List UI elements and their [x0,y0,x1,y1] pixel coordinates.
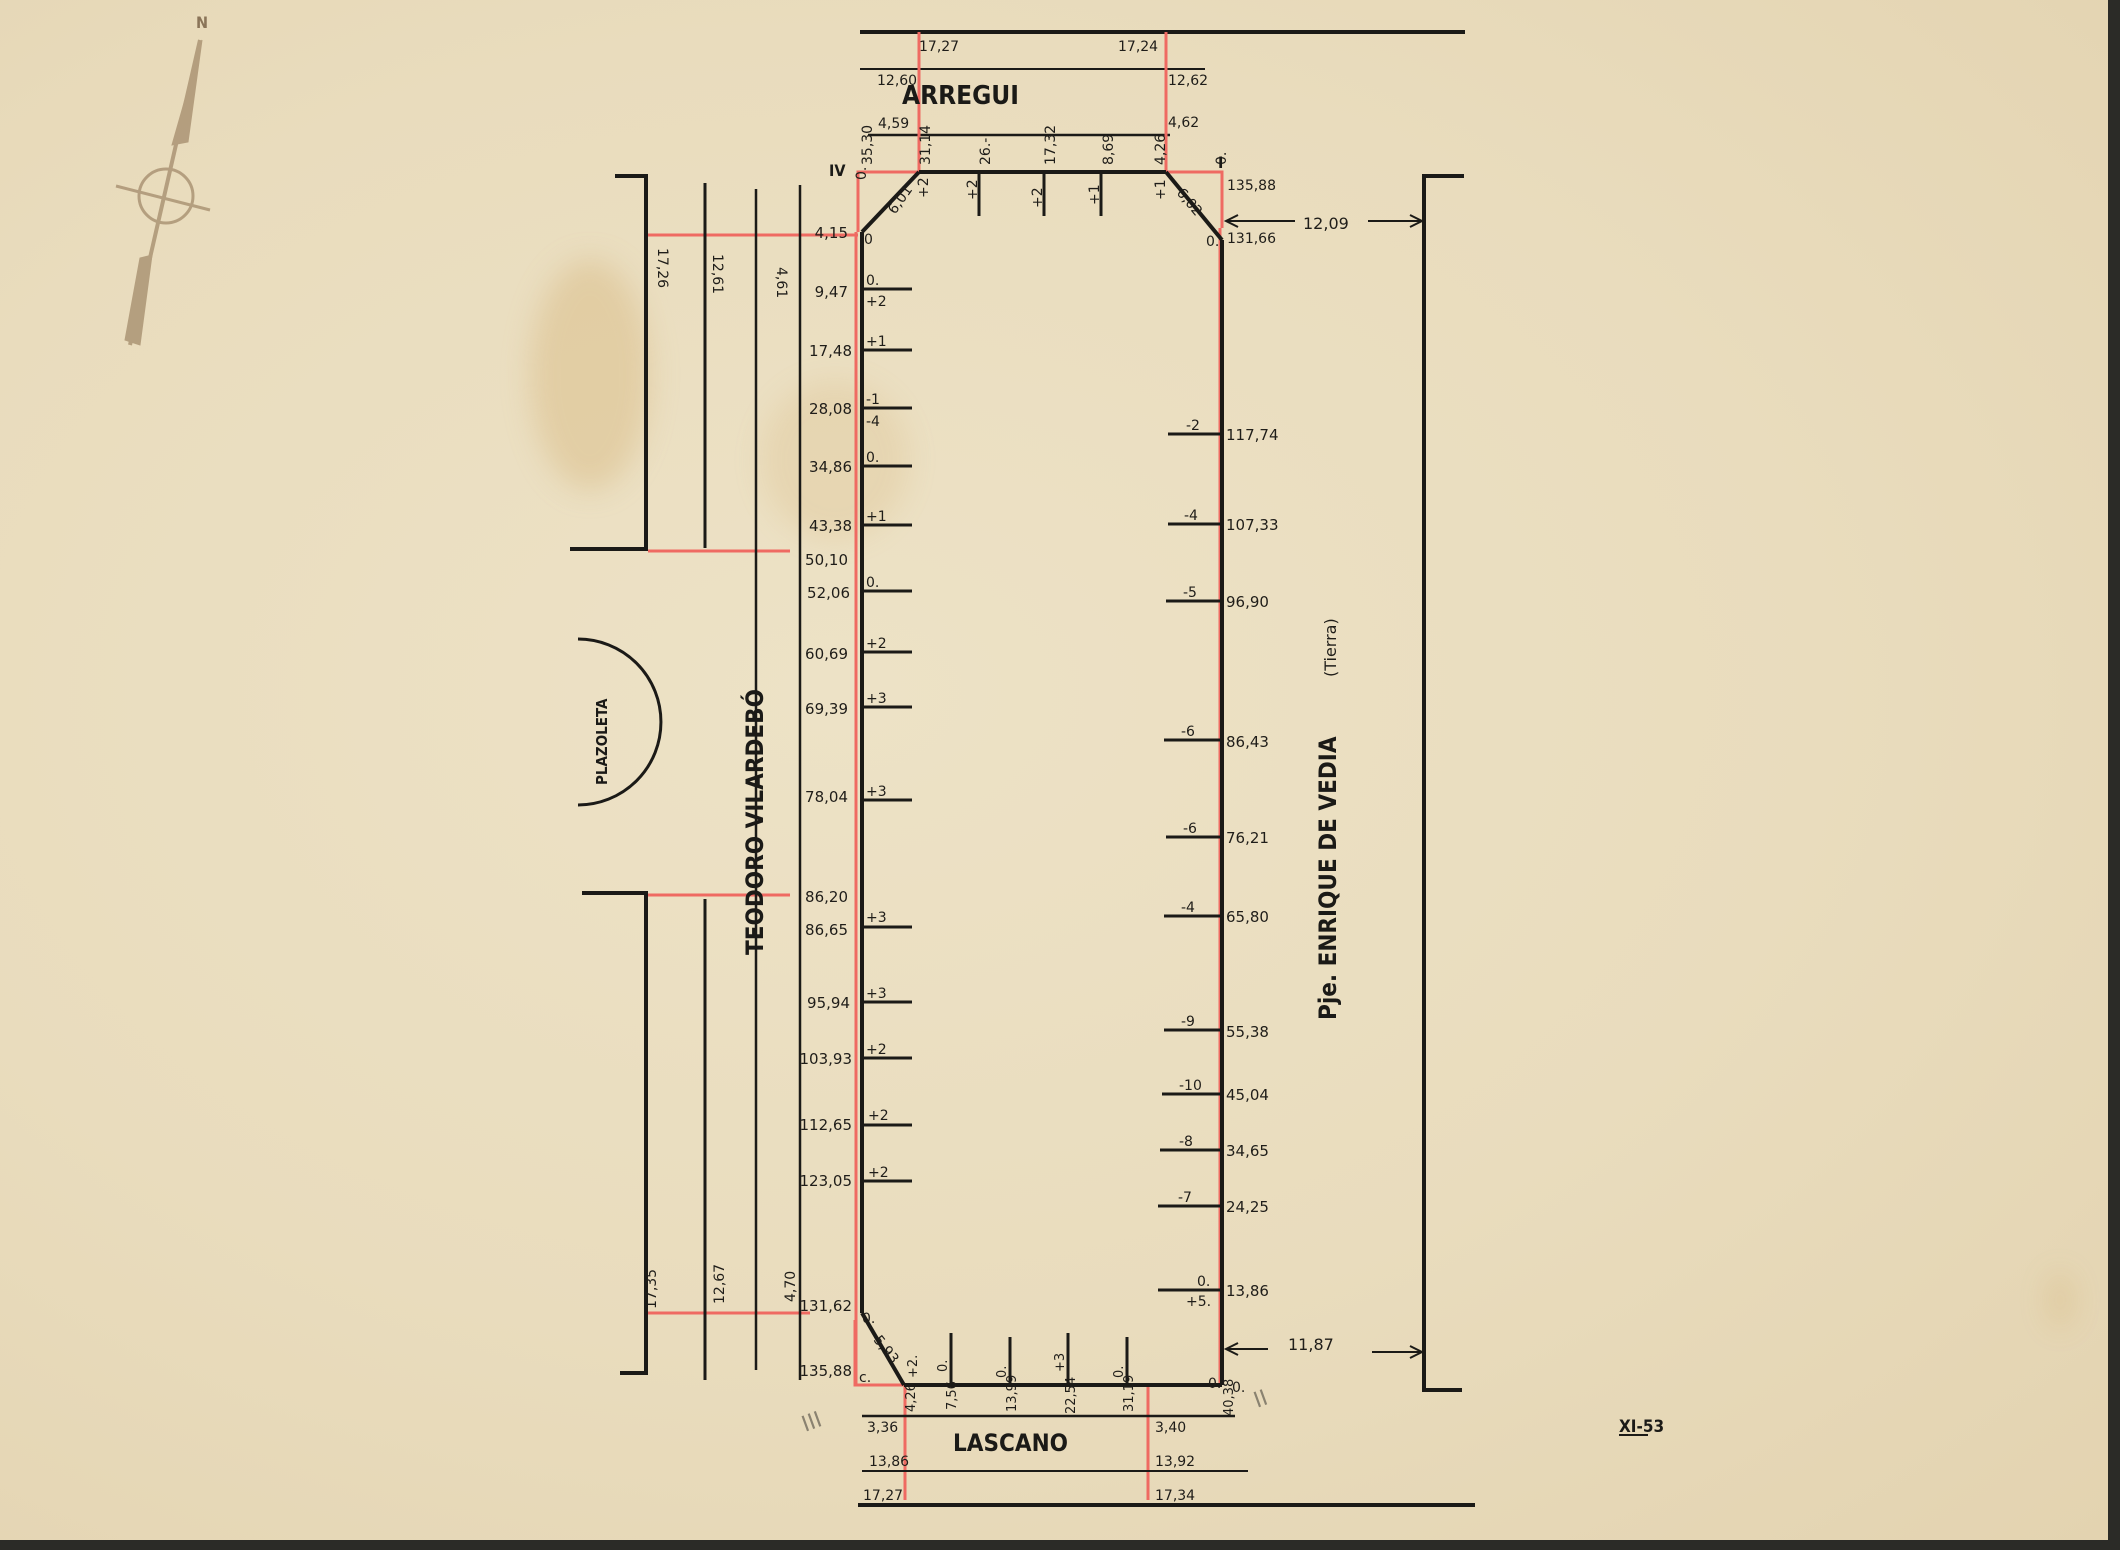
svg-text:-6: -6 [1181,724,1195,740]
street-surface-note: (Tierra) [1321,618,1340,677]
offset-top-right-3: 4,62 [1168,115,1199,131]
svg-text:31,19: 31,19 [1122,1375,1137,1412]
svg-text:+2: +2 [1030,187,1046,208]
svg-text:0.: 0. [1112,1366,1127,1378]
svg-text:0.: 0. [1208,1376,1221,1392]
svg-text:13,92: 13,92 [1155,1454,1195,1470]
svg-text:76,21: 76,21 [1226,829,1269,847]
bottom-chainage-ticks [951,1333,1127,1385]
svg-text:86,43: 86,43 [1226,733,1269,751]
offset-top-right-2: 12,62 [1168,73,1208,89]
plan-drawing: N ARREGUI 17,27 12,60 4,59 17,24 12,62 4… [0,0,2120,1550]
svg-text:0.: 0. [936,1360,951,1372]
svg-text:0.: 0. [1197,1274,1210,1290]
vilardebo-widths: 17,26 12,61 4,61 17,35 12,67 4,70 [644,248,799,1309]
svg-text:0.: 0. [862,1311,875,1327]
svg-text:96,90: 96,90 [1226,593,1269,611]
street-name-arregui: ARREGUI [902,81,1019,111]
svg-text:17,34: 17,34 [1155,1488,1195,1504]
right-station-distances: 117,74 107,33 96,90 86,43 76,21 65,80 55… [1226,426,1279,1300]
svg-text:45,04: 45,04 [1226,1086,1269,1104]
svg-text:4,61: 4,61 [773,267,789,298]
offset-top-left-3: 4,59 [878,116,909,132]
svg-text:-4: -4 [866,414,880,430]
svg-text:69,39: 69,39 [805,700,848,718]
svg-text:12,67: 12,67 [712,1264,728,1304]
corner-label-I: I [1218,153,1223,172]
svg-text:+2: +2 [866,636,887,652]
svg-text:22,54: 22,54 [1064,1377,1079,1414]
street-name-vilardebo: TEODORO VILARDEBÓ [739,689,769,955]
svg-text:-2: -2 [1186,418,1200,434]
svg-text:4,70: 4,70 [783,1271,799,1302]
svg-text:52,06: 52,06 [807,584,850,602]
svg-text:3,36: 3,36 [867,1420,898,1436]
vedia-width-bottom: 11,87 [1288,1335,1334,1354]
svg-text:-4: -4 [1181,900,1195,916]
svg-text:-4: -4 [1184,508,1198,524]
svg-text:+2.: +2. [906,1355,921,1378]
svg-text:28,08: 28,08 [809,400,852,418]
offset-top-left-2: 12,60 [877,73,917,89]
svg-text:9,47: 9,47 [815,283,848,301]
svg-text:0.: 0. [866,575,879,591]
svg-text:7,56: 7,56 [945,1381,960,1410]
svg-text:-8: -8 [1179,1134,1193,1150]
svg-text:+2: +2 [866,294,887,310]
svg-text:40,38: 40,38 [1222,1379,1237,1416]
svg-text:+3: +3 [866,784,887,800]
svg-text:86,20: 86,20 [805,888,848,906]
svg-text:112,65: 112,65 [800,1116,853,1134]
svg-text:17,32: 17,32 [1043,125,1059,165]
svg-text:43,38: 43,38 [809,517,852,535]
left-station-distances: 4,15 9,47 17,48 28,08 34,86 43,38 50,10 … [800,224,853,1380]
svg-text:4,26: 4,26 [1153,134,1169,165]
svg-text:+3: +3 [866,691,887,707]
svg-text:+3: +3 [866,986,887,1002]
svg-text:+2: +2 [868,1165,889,1181]
corner-I-distance: 135,88 [1227,178,1276,194]
plaza-label: PLAZOLETA [593,698,611,785]
svg-text:65,80: 65,80 [1226,908,1269,926]
svg-text:13,99: 13,99 [1005,1375,1020,1412]
svg-text:c.: c. [859,1370,871,1386]
svg-text:-9: -9 [1181,1014,1195,1030]
offset-top-left-1: 17,27 [919,39,959,55]
north-arrow-icon [116,40,210,345]
svg-text:123,05: 123,05 [800,1172,853,1190]
svg-text:26.-: 26.- [978,138,994,165]
svg-text:+1: +1 [1087,184,1103,205]
svg-text:117,74: 117,74 [1226,426,1279,444]
svg-text:60,69: 60,69 [805,645,848,663]
svg-text:17,48: 17,48 [809,342,852,360]
svg-text:50,10: 50,10 [805,551,848,569]
svg-text:24,25: 24,25 [1226,1198,1269,1216]
svg-text:0: 0 [864,232,873,248]
svg-text:0.: 0. [866,450,879,466]
right-station-levels: -2 -4 -5 -6 -6 -4 -9 -10 -8 -7 0. +5. 0.… [1178,234,1245,1396]
svg-text:+3: +3 [1053,1353,1068,1372]
svg-text:-5: -5 [1183,585,1197,601]
svg-text:-7: -7 [1178,1190,1192,1206]
north-label: N [196,13,208,32]
vedia-width-top: 12,09 [1303,214,1349,233]
svg-text:+1: +1 [866,334,887,350]
svg-text:135,88: 135,88 [800,1362,853,1380]
svg-text:0.: 0. [866,273,879,289]
corner-label-III: III [799,1407,826,1437]
svg-text:-1: -1 [866,392,880,408]
svg-text:+2: +2 [866,1042,887,1058]
svg-text:95,94: 95,94 [807,994,850,1012]
block-outline [862,172,1222,1385]
svg-text:17,35: 17,35 [644,1269,660,1309]
svg-text:13,86: 13,86 [869,1454,909,1470]
svg-text:+2: +2 [916,177,932,198]
svg-text:78,04: 78,04 [805,788,848,806]
svg-text:17,27: 17,27 [863,1488,903,1504]
left-station-levels: 0 0. +2 +1 -1 -4 0. +1 0. +2 +3 +3 +3 +3… [859,232,902,1386]
offset-top-right-1: 17,24 [1118,39,1158,55]
svg-text:+1: +1 [1153,179,1169,200]
svg-text:+1: +1 [866,509,887,525]
svg-text:13,86: 13,86 [1226,1282,1269,1300]
block-red-corner-lines [648,172,1222,1500]
svg-text:34,65: 34,65 [1226,1142,1269,1160]
corner-label-IV: IV [829,161,846,180]
street-name-vedia: Pje. ENRIQUE DE VEDIA [1314,736,1342,1020]
svg-text:4,15: 4,15 [815,224,848,242]
svg-text:3,40: 3,40 [1155,1420,1186,1436]
svg-text:131,62: 131,62 [800,1297,853,1315]
svg-text:6,01: 6,01 [885,183,916,218]
corner-label-II: II [1251,1386,1272,1414]
corner-I-lower-distance: 131,66 [1227,231,1276,247]
svg-text:+3: +3 [866,910,887,926]
street-name-lascano: LASCANO [953,1429,1068,1457]
svg-text:0.: 0. [1206,234,1219,250]
svg-text:+5.: +5. [1186,1294,1211,1310]
svg-text:0.: 0. [854,167,870,180]
svg-text:31,14: 31,14 [918,125,934,165]
svg-text:103,93: 103,93 [800,1050,853,1068]
svg-text:8,69: 8,69 [1101,134,1117,165]
svg-text:55,38: 55,38 [1226,1023,1269,1041]
right-station-ticks [1158,434,1222,1290]
svg-text:5,93: 5,93 [870,1333,902,1367]
svg-text:-6: -6 [1183,821,1197,837]
svg-text:+2: +2 [868,1108,889,1124]
svg-text:4,26: 4,26 [904,1383,919,1412]
svg-text:86,65: 86,65 [805,921,848,939]
svg-text:34,86: 34,86 [809,458,852,476]
svg-text:107,33: 107,33 [1226,516,1279,534]
svg-text:17,26: 17,26 [654,248,670,288]
svg-text:+2: +2 [965,179,981,200]
svg-text:0.: 0. [995,1366,1010,1378]
svg-text:35,30: 35,30 [860,125,876,165]
svg-text:-10: -10 [1179,1078,1202,1094]
svg-text:12,61: 12,61 [709,254,725,294]
